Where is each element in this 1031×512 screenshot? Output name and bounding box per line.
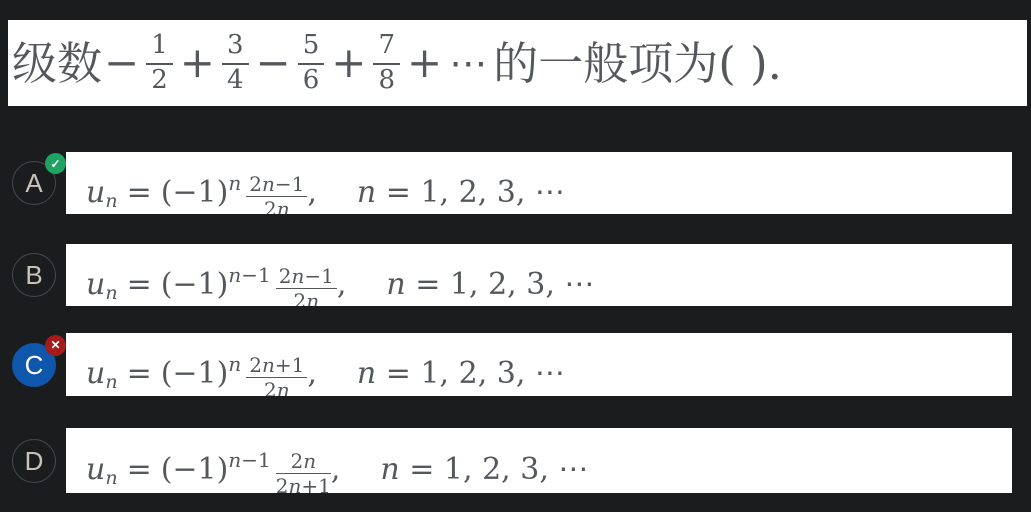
option-c-letter: C bbox=[25, 352, 44, 378]
equals-sign: = bbox=[127, 175, 152, 210]
formula-fraction: 2n2n+1 bbox=[276, 450, 331, 493]
fraction-7-8: 78 bbox=[373, 31, 400, 94]
minus-operator: − bbox=[104, 42, 139, 84]
fraction-5-6: 56 bbox=[298, 31, 325, 94]
fraction-3-4: 34 bbox=[222, 31, 249, 94]
wrong-badge-icon: ✕ bbox=[45, 335, 66, 356]
option-d-formula[interactable]: un=(−1)n−12n2n+1,n = 1, 2, 3, ⋯ bbox=[66, 428, 1012, 493]
question-panel: 级数−12+34−56+78+⋯的一般项为( ). bbox=[8, 20, 1027, 106]
option-b-radio[interactable]: B bbox=[12, 253, 56, 297]
formula-fraction: 2n−12n bbox=[246, 173, 307, 214]
option-c-formula[interactable]: un=(−1)n2n+12n,n = 1, 2, 3, ⋯ bbox=[66, 333, 1012, 396]
formula-lhs: u bbox=[86, 267, 105, 302]
minus-operator: − bbox=[256, 42, 291, 84]
formula-domain: n = 1, 2, 3, ⋯ bbox=[380, 452, 588, 487]
option-a-letter: A bbox=[25, 170, 42, 196]
formula-domain: n = 1, 2, 3, ⋯ bbox=[386, 267, 594, 302]
option-d-radio[interactable]: D bbox=[12, 439, 56, 483]
formula-exponent: n bbox=[228, 171, 241, 195]
option-row-b[interactable]: B un=(−1)n−12n−12n,n = 1, 2, 3, ⋯ bbox=[12, 244, 1012, 306]
plus-operator: + bbox=[407, 42, 442, 84]
formula-fraction: 2n−12n bbox=[276, 265, 337, 306]
plus-operator: + bbox=[331, 42, 366, 84]
option-a-formula[interactable]: un=(−1)n2n−12n,n = 1, 2, 3, ⋯ bbox=[66, 152, 1012, 214]
formula-exponent: n bbox=[228, 352, 241, 376]
formula-base: (−1) bbox=[161, 356, 229, 391]
formula-base: (−1) bbox=[161, 452, 229, 487]
comma: , bbox=[337, 267, 347, 302]
comma: , bbox=[307, 175, 317, 210]
option-b-formula[interactable]: un=(−1)n−12n−12n,n = 1, 2, 3, ⋯ bbox=[66, 244, 1012, 306]
formula-lhs: u bbox=[86, 452, 105, 487]
formula-exponent: n−1 bbox=[228, 263, 270, 287]
formula-domain: n = 1, 2, 3, ⋯ bbox=[357, 175, 565, 210]
option-b-letter: B bbox=[25, 262, 42, 288]
formula-lhs: u bbox=[86, 356, 105, 391]
plus-operator: + bbox=[180, 42, 215, 84]
equals-sign: = bbox=[127, 267, 152, 302]
formula-base: (−1) bbox=[161, 267, 229, 302]
question-suffix: 的一般项为( ). bbox=[493, 41, 782, 86]
question-prefix: 级数 bbox=[12, 41, 102, 86]
option-d-letter: D bbox=[25, 448, 44, 474]
formula-domain: n = 1, 2, 3, ⋯ bbox=[357, 356, 565, 391]
option-row-a[interactable]: A ✓ un=(−1)n2n−12n,n = 1, 2, 3, ⋯ bbox=[12, 152, 1012, 214]
option-row-c[interactable]: C ✕ un=(−1)n2n+12n,n = 1, 2, 3, ⋯ bbox=[12, 333, 1012, 396]
formula-exponent: n−1 bbox=[228, 448, 270, 472]
fraction-1-2: 12 bbox=[146, 31, 173, 94]
option-row-d[interactable]: D un=(−1)n−12n2n+1,n = 1, 2, 3, ⋯ bbox=[12, 428, 1012, 493]
comma: , bbox=[331, 452, 341, 487]
correct-badge-icon: ✓ bbox=[45, 153, 66, 174]
formula-fraction: 2n+12n bbox=[246, 354, 307, 396]
formula-base: (−1) bbox=[161, 175, 229, 210]
formula-lhs: u bbox=[86, 175, 105, 210]
option-c-radio[interactable]: C ✕ bbox=[12, 343, 56, 387]
equals-sign: = bbox=[127, 452, 152, 487]
option-a-radio[interactable]: A ✓ bbox=[12, 161, 56, 205]
equals-sign: = bbox=[127, 356, 152, 391]
comma: , bbox=[307, 356, 317, 391]
ellipsis: ⋯ bbox=[449, 44, 489, 82]
